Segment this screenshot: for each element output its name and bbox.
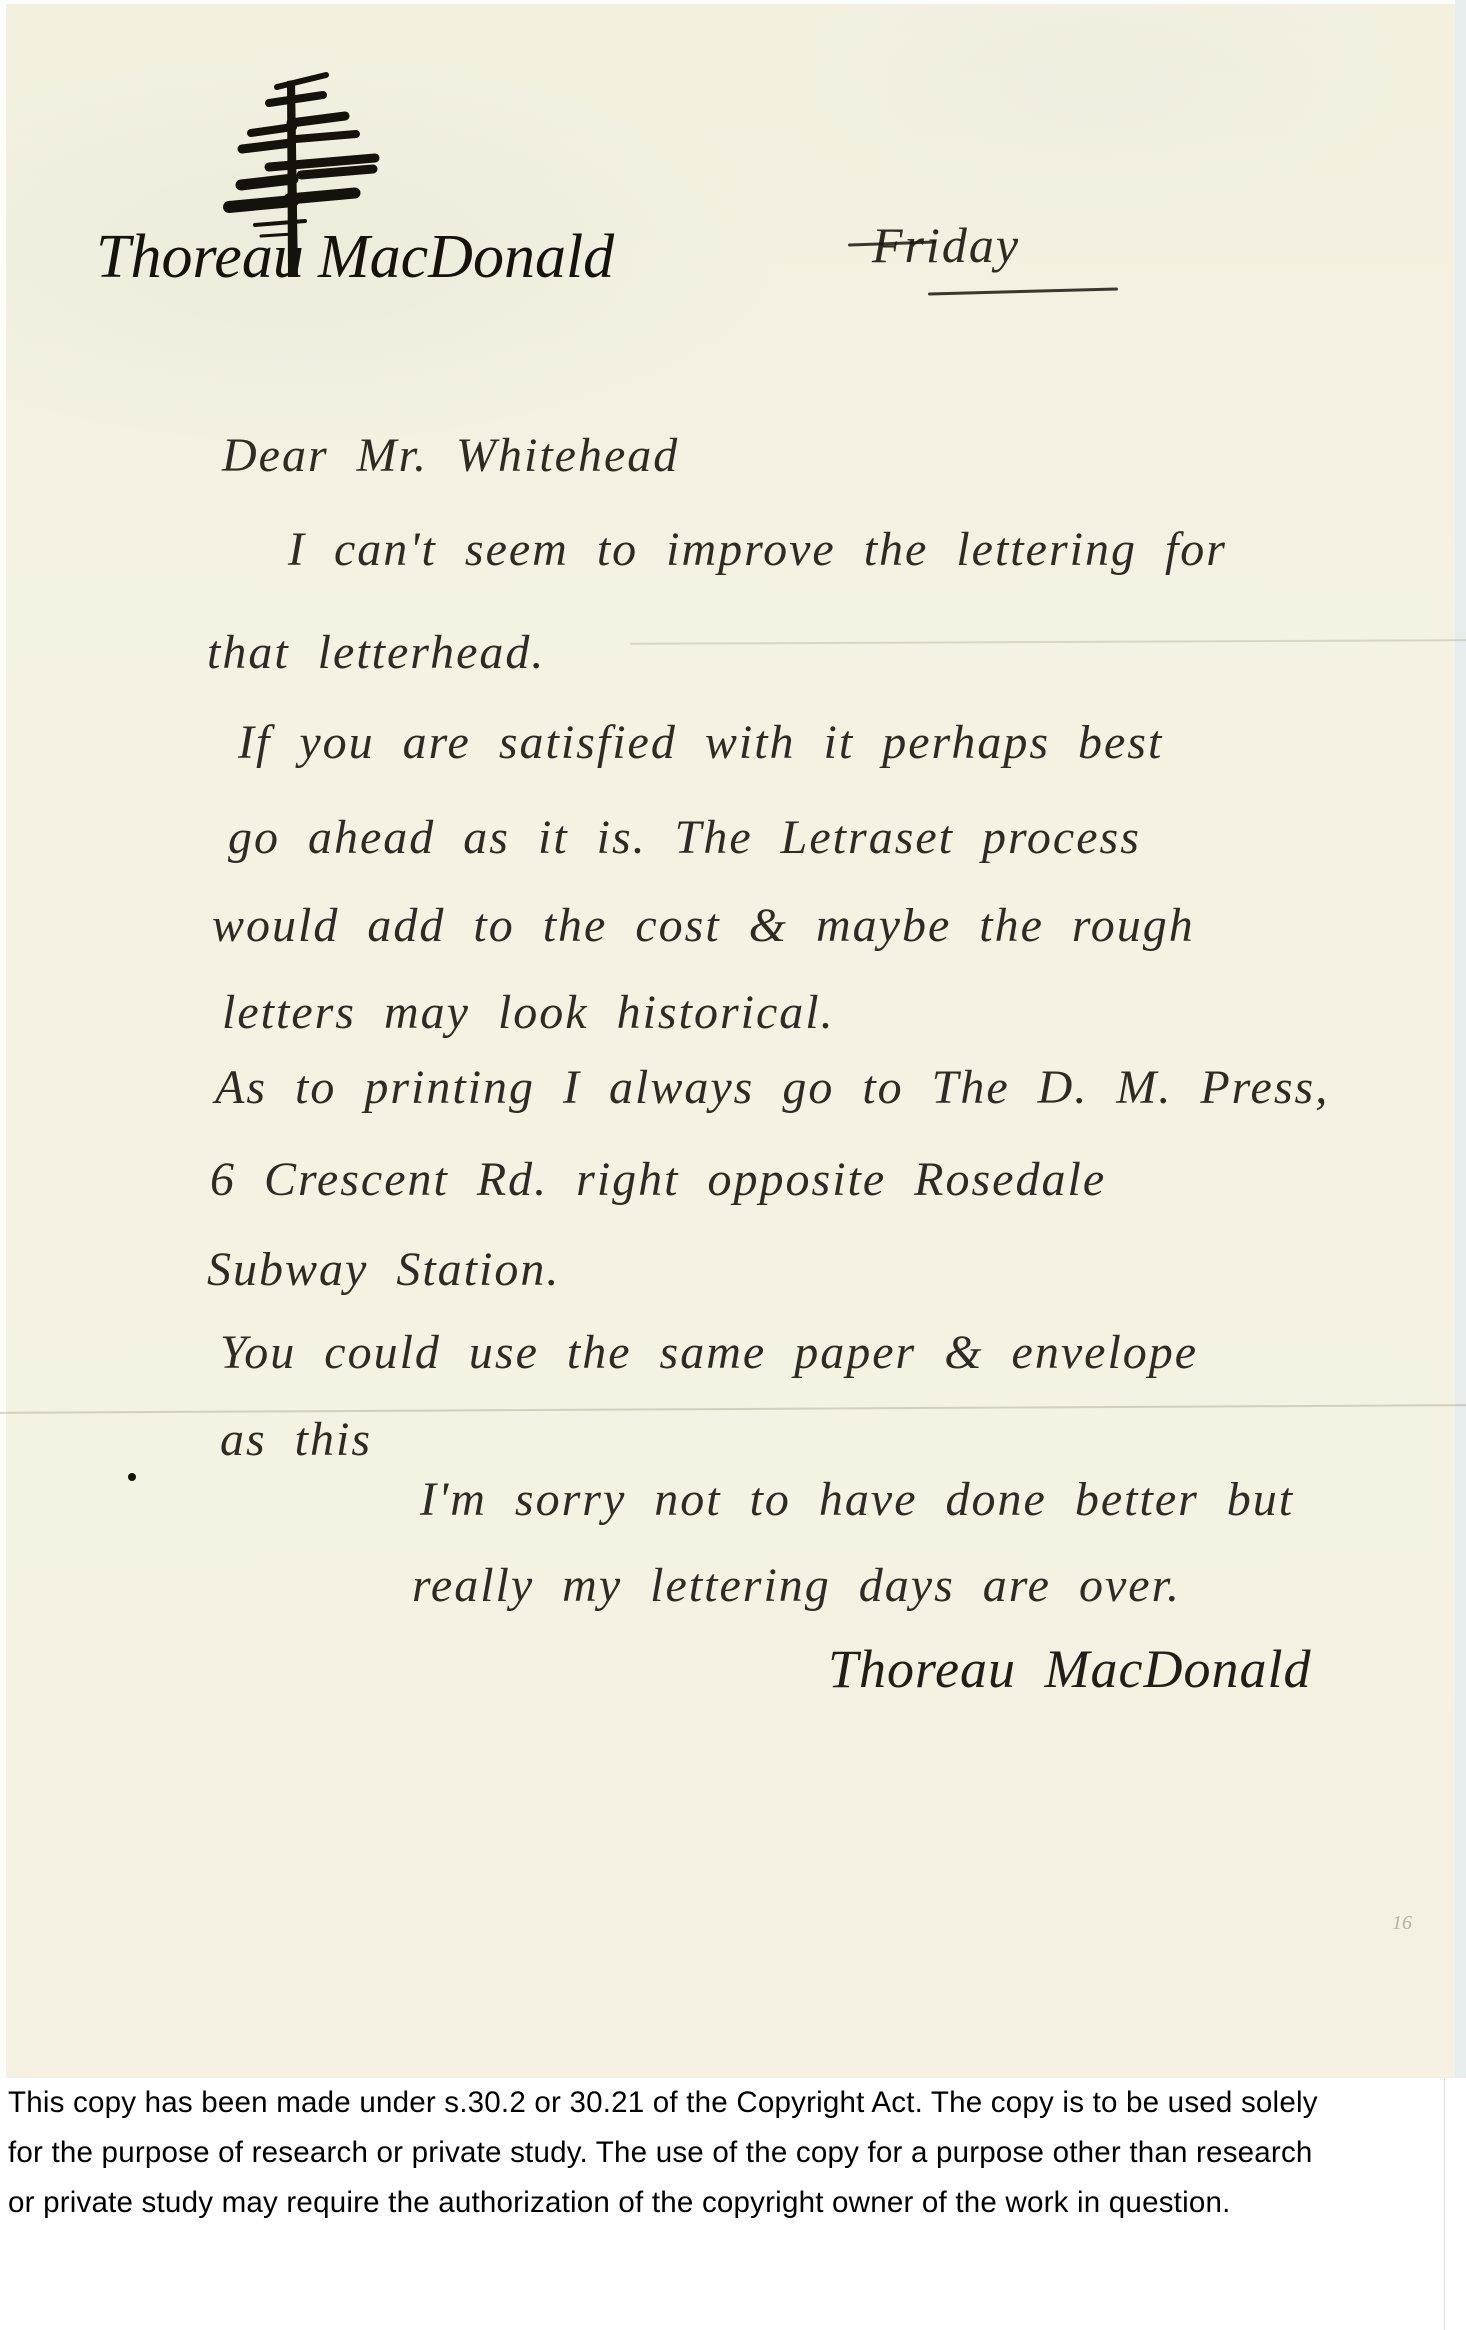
letter-line: Subway Station. bbox=[207, 1242, 560, 1297]
signature: Thoreau MacDonald bbox=[828, 1638, 1311, 1700]
scan-artifact-line bbox=[1444, 2078, 1445, 2330]
copyright-notice-line: for the purpose of research or private s… bbox=[8, 2136, 1313, 2170]
letter-line: go ahead as it is. The Letraset process bbox=[228, 810, 1141, 865]
scan-edge-left bbox=[0, 0, 6, 2078]
letter-line: I can't seem to improve the lettering fo… bbox=[288, 522, 1227, 577]
ink-dot bbox=[128, 1473, 136, 1481]
letter-line: would add to the cost & maybe the rough bbox=[212, 898, 1195, 953]
letter-line: that letterhead. bbox=[207, 625, 545, 680]
scanned-letter-page: { "colors": { "paper": "#f4f1e2", "ink":… bbox=[0, 0, 1466, 2330]
pencil-mark: 16 bbox=[1392, 1912, 1412, 1935]
letter-line: If you are satisfied with it perhaps bes… bbox=[238, 715, 1163, 770]
salutation: Dear Mr. Whitehead bbox=[222, 428, 679, 483]
letter-line: letters may look historical. bbox=[222, 985, 835, 1040]
letter-line: as this bbox=[220, 1412, 372, 1467]
letter-line: I'm sorry not to have done better but bbox=[420, 1472, 1294, 1527]
date-handwritten: Friday bbox=[872, 216, 1020, 274]
letter-line: 6 Crescent Rd. right opposite Rosedale bbox=[210, 1152, 1106, 1207]
copyright-notice-line: or private study may require the authori… bbox=[8, 2186, 1231, 2220]
scan-edge-top bbox=[0, 0, 1466, 4]
copyright-notice-line: This copy has been made under s.30.2 or … bbox=[8, 2086, 1318, 2120]
letter-line: You could use the same paper & envelope bbox=[220, 1325, 1198, 1380]
letter-line: really my lettering days are over. bbox=[412, 1558, 1181, 1613]
scan-edge-right bbox=[1455, 0, 1466, 2078]
letter-line: As to printing I always go to The D. M. … bbox=[215, 1060, 1329, 1115]
letterhead-name-first: Thoreau bbox=[96, 222, 304, 293]
letterhead-name-last: MacDonald bbox=[318, 222, 614, 293]
